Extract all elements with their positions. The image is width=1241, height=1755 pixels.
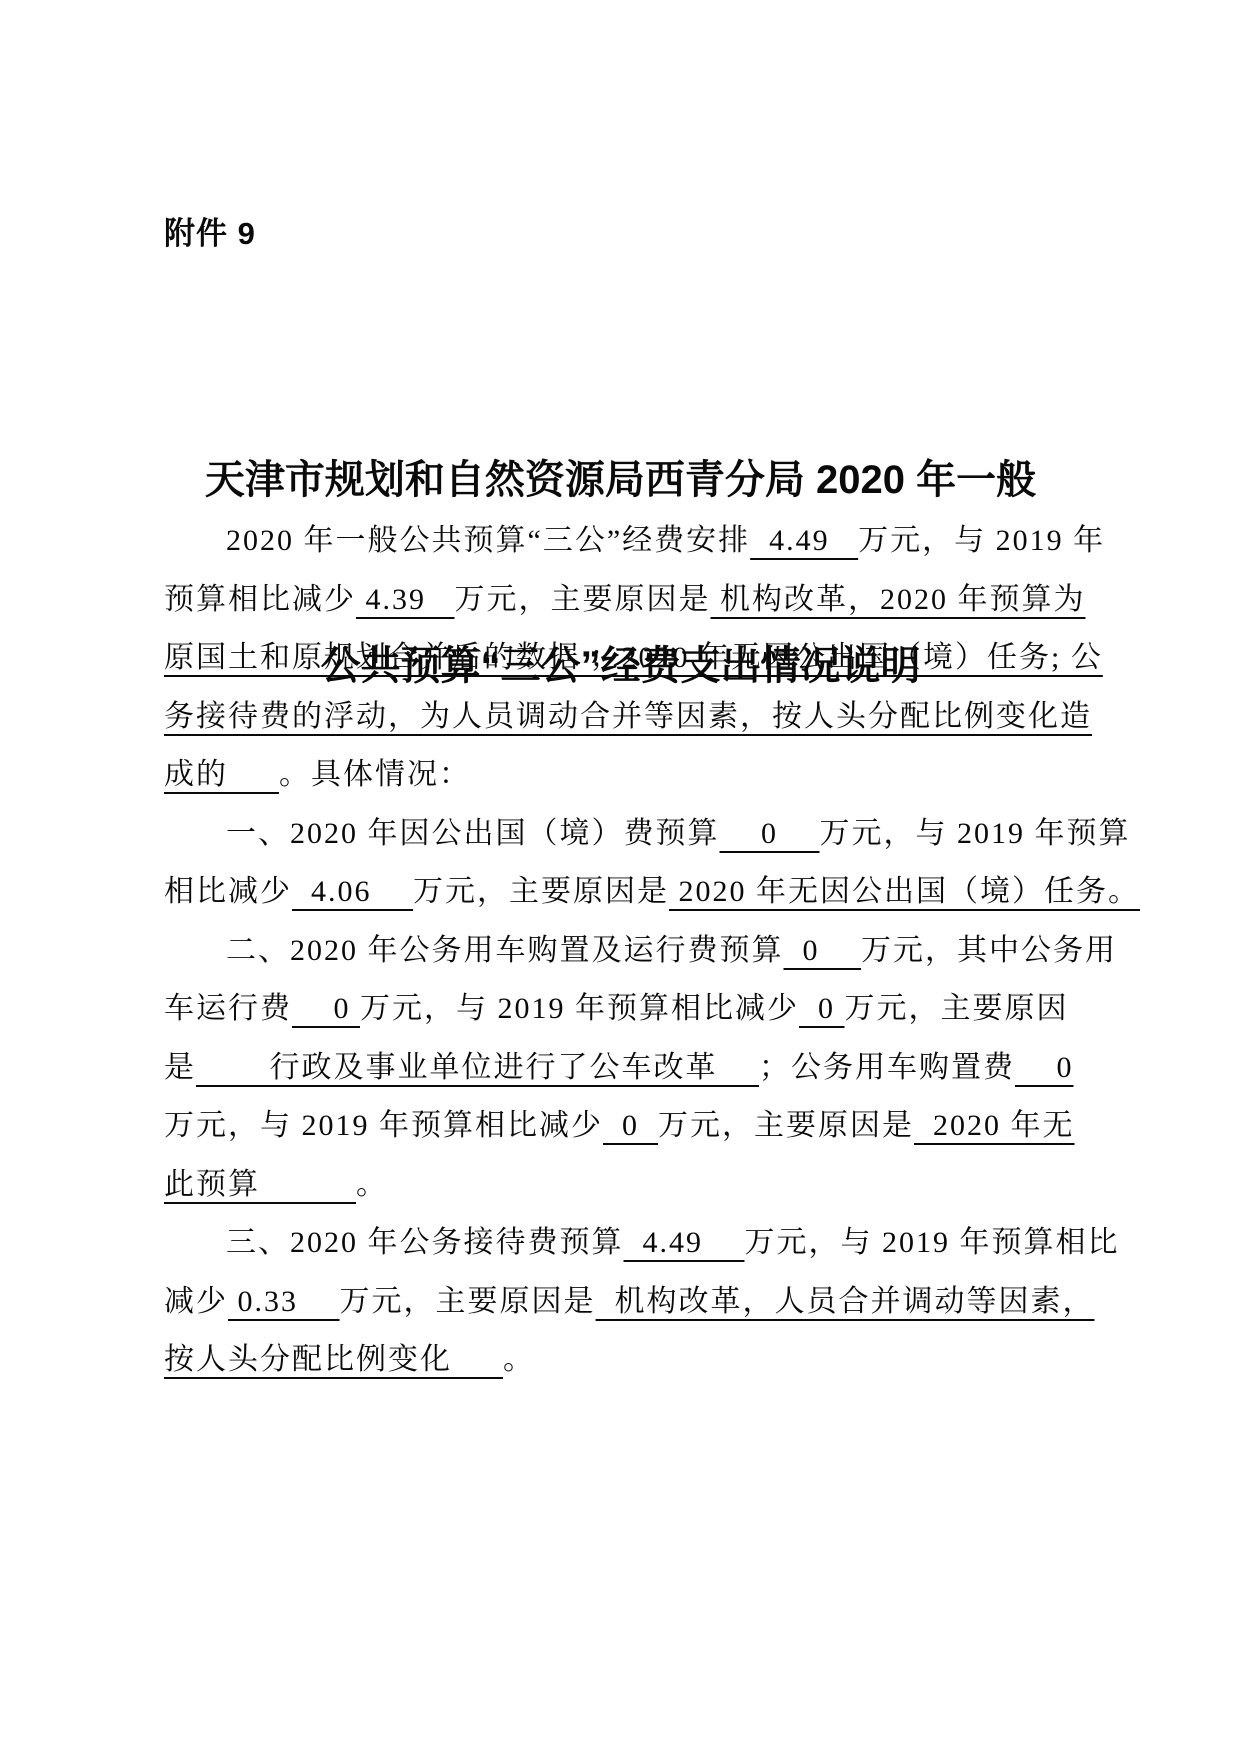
underlined-field: 2020 年无因公出国（境）任务。 xyxy=(669,875,1140,908)
underlined-field: 4.39 xyxy=(356,583,455,616)
body-line-3: 原国土和原规划合并后的数据 ；2020 年无因公出国（境）任务; 公 xyxy=(164,629,1099,688)
underlined-field: 原国土和原规划合并后的数据 ；2020 年无因公出国（境）任务; 公 xyxy=(164,641,1103,674)
document-page: 附件 9 天津市规划和自然资源局西青分局 2020 年一般 公共预算“三公”经费… xyxy=(0,0,1241,1755)
body-line-14: 减少 0.33 万元，主要原因是 机构改革，人员合并调动等因素， xyxy=(164,1273,1099,1332)
underlined-field: 务接待费的浮动，为人员调动合并等因素，按人头分配比例变化造 xyxy=(164,700,1092,733)
underlined-field: 机构改革，人员合并调动等因素， xyxy=(596,1285,1095,1318)
text-run: 2020 年一般公共预算“三公”经费安排 xyxy=(226,524,750,557)
underlined-field: 此预算 xyxy=(164,1168,356,1201)
underlined-field: 成的 xyxy=(164,758,279,791)
attachment-label: 附件 9 xyxy=(164,214,256,254)
text-run: 万元，与 2019 年 xyxy=(858,524,1105,557)
text-run: 。 xyxy=(356,1168,388,1201)
underlined-field: 4.06 xyxy=(292,875,413,908)
text-run: 二、2020 年公务用车购置及运行费预算 xyxy=(226,934,784,967)
body-line-7: 相比减少 4.06 万元，主要原因是 2020 年无因公出国（境）任务。 xyxy=(164,863,1099,922)
text-run: 一、2020 年因公出国（境）费预算 xyxy=(226,817,720,850)
text-run: 预算相比减少 xyxy=(164,583,356,616)
underlined-field: 0.33 xyxy=(228,1285,340,1318)
body-line-2: 预算相比减少 4.39 万元，主要原因是 机构改革，2020 年预算为 xyxy=(164,571,1099,630)
text-run: 万元，主要原因是 xyxy=(413,875,669,908)
body-line-4: 务接待费的浮动，为人员调动合并等因素，按人头分配比例变化造 xyxy=(164,688,1099,747)
text-run: 相比减少 xyxy=(164,875,292,908)
body-line-9: 车运行费 0 万元，与 2019 年预算相比减少 0 万元，主要原因 xyxy=(164,980,1099,1039)
body-line-12: 此预算 。 xyxy=(164,1156,1099,1215)
underlined-field: 机构改革，2020 年预算为 xyxy=(711,583,1086,616)
text-run: 万元，主要原因是 xyxy=(455,583,711,616)
underlined-field: 0 xyxy=(784,934,862,967)
underlined-field: 0 xyxy=(1015,1051,1074,1084)
text-run: 万元，主要原因是 xyxy=(658,1109,914,1142)
text-run: 万元，其中公务用 xyxy=(861,934,1117,967)
text-run: 万元，与 2019 年预算相比减少 xyxy=(164,1109,603,1142)
underlined-field: 4.49 xyxy=(624,1226,745,1259)
text-run: 是 xyxy=(164,1051,196,1084)
body-line-11: 万元，与 2019 年预算相比减少 0 万元，主要原因是 2020 年无 xyxy=(164,1097,1099,1156)
body-line-15: 按人头分配比例变化 。 xyxy=(164,1331,1099,1390)
body-line-8: 二、2020 年公务用车购置及运行费预算 0 万元，其中公务用 xyxy=(164,922,1099,981)
body-line-1: 2020 年一般公共预算“三公”经费安排 4.49 万元，与 2019 年 xyxy=(164,512,1099,571)
document-body: 2020 年一般公共预算“三公”经费安排 4.49 万元，与 2019 年预算相… xyxy=(164,512,1099,1390)
text-run: 万元，与 2019 年预算相比减少 xyxy=(360,992,799,1025)
underlined-field: 4.49 xyxy=(750,524,858,557)
underlined-field: 2020 年无 xyxy=(914,1109,1075,1142)
body-line-13: 三、2020 年公务接待费预算 4.49 万元，与 2019 年预算相比 xyxy=(164,1214,1099,1273)
text-run: 万元，主要原因是 xyxy=(340,1285,596,1318)
text-run: 万元，主要原因 xyxy=(845,992,1069,1025)
underlined-field: 0 xyxy=(799,992,845,1025)
underlined-field: 0 xyxy=(603,1109,658,1142)
document-title-line1: 天津市规划和自然资源局西青分局 2020 年一般 xyxy=(110,449,1131,511)
body-line-10: 是 行政及事业单位进行了公车改革 ；公务用车购置费 0 xyxy=(164,1039,1099,1098)
text-run: 万元，与 2019 年预算相比 xyxy=(745,1226,1120,1259)
text-run: 。具体情况： xyxy=(279,758,471,791)
underlined-field: 0 xyxy=(292,992,360,1025)
underlined-field: 按人头分配比例变化 xyxy=(164,1343,503,1376)
text-run: 减少 xyxy=(164,1285,228,1318)
underlined-field: 行政及事业单位进行了公车改革 xyxy=(196,1051,759,1084)
text-run: 三、2020 年公务接待费预算 xyxy=(226,1226,624,1259)
underlined-field: 0 xyxy=(720,817,820,850)
text-run: ；公务用车购置费 xyxy=(759,1051,1015,1084)
text-run: 。 xyxy=(503,1343,535,1376)
body-line-5: 成的 。具体情况： xyxy=(164,746,1099,805)
body-line-6: 一、2020 年因公出国（境）费预算 0 万元，与 2019 年预算 xyxy=(164,805,1099,864)
text-run: 万元，与 2019 年预算 xyxy=(820,817,1131,850)
text-run: 车运行费 xyxy=(164,992,292,1025)
